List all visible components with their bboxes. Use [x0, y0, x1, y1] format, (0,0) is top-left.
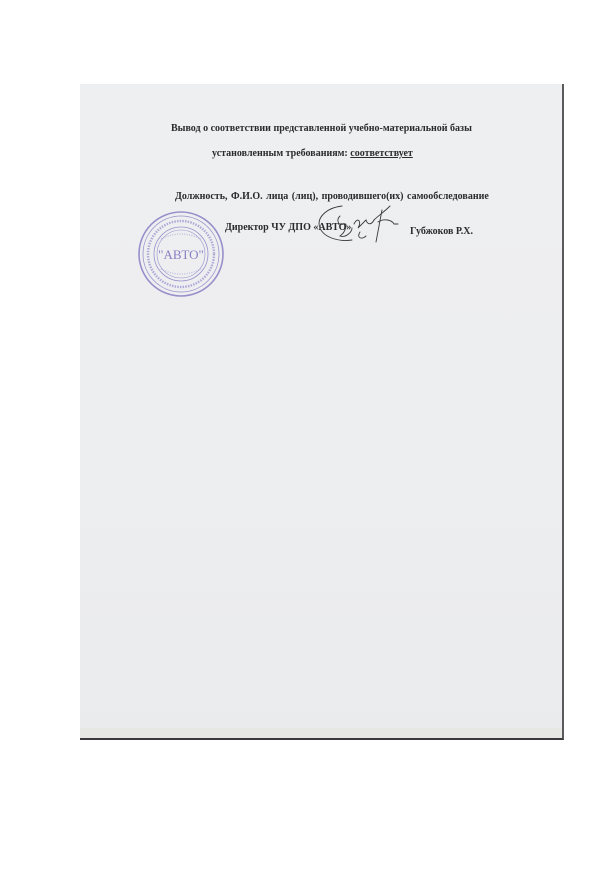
round-stamp-icon: "АВТО"	[136, 209, 226, 299]
conclusion-line-1: Вывод о соответствии представленной учеб…	[171, 123, 472, 134]
stamp-center-text: "АВТО"	[158, 247, 204, 262]
position-header: Должность, Ф.И.О. лица (лиц), проводивше…	[175, 191, 489, 202]
conclusion-result: соответствует	[350, 148, 413, 159]
signature-icon	[312, 202, 412, 248]
director-name: Губжоков Р.Х.	[410, 226, 473, 237]
conclusion-prefix: установленным требованиям:	[212, 148, 350, 159]
scanned-document-page: Вывод о соответствии представленной учеб…	[80, 84, 564, 740]
conclusion-line-2: установленным требованиям: соответствует	[212, 148, 413, 159]
